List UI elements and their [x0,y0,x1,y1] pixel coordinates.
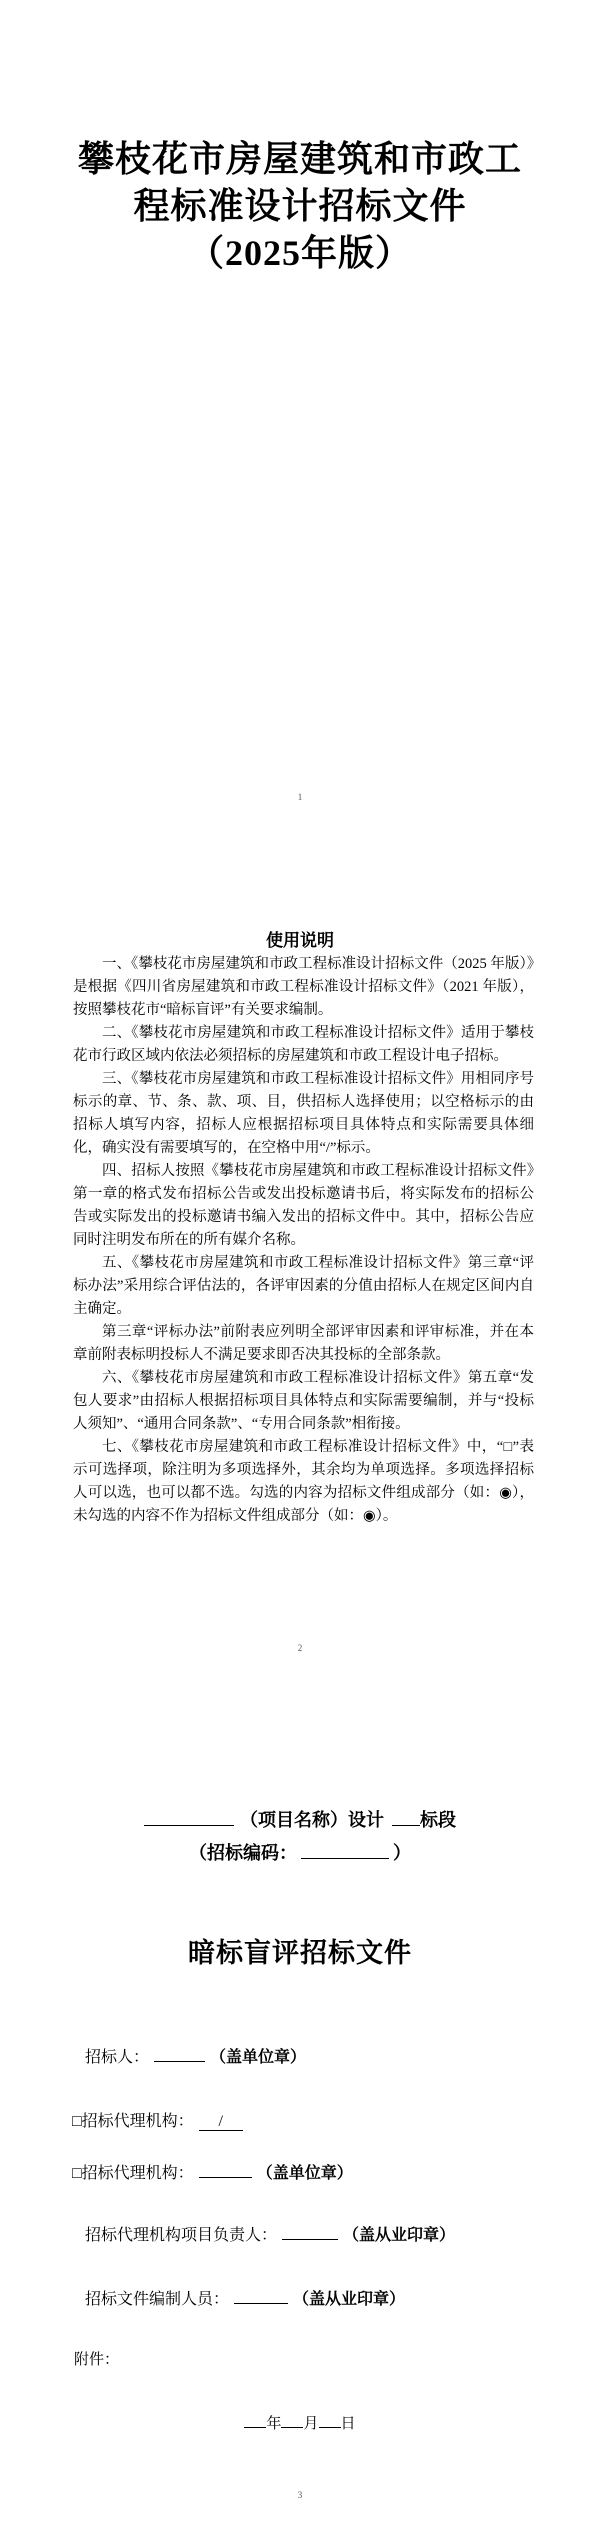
seal-note: （盖单位章） [257,2165,353,2182]
seal-note: （盖单位章） [210,2049,306,2066]
field-label: 招标文件编制人员： [85,2291,229,2308]
instructions-paragraph: 一、《攀枝花市房屋建筑和市政工程标准设计招标文件（2025 年版）》是根据《四川… [73,953,534,1022]
instructions-paragraph: 二、《攀枝花市房屋建筑和市政工程标准设计招标文件》适用于攀枝花市行政区域内依法必… [73,1022,534,1068]
form-row-document-compiler: 招标文件编制人员：（盖从业印章） [85,2286,405,2309]
form-row-tenderer: 招标人：（盖单位章） [85,2044,306,2067]
instructions-heading: 使用说明 [0,926,600,951]
field-blank [154,2045,205,2062]
month-blank [281,2412,303,2428]
document-title-line2: 程标准设计招标文件 [0,183,600,230]
month-label: 月 [303,2416,318,2432]
instructions-paragraph: 三、《攀枝花市房屋建筑和市政工程标准设计招标文件》用相同序号标示的章、节、条、款… [73,1068,534,1160]
form-row-agency-2: □招标代理机构：（盖单位章） [72,2160,353,2183]
field-label: 招标人： [85,2049,149,2066]
day-blank [319,2412,341,2428]
instructions-body: 一、《攀枝花市房屋建筑和市政工程标准设计招标文件（2025 年版）》是根据《四川… [73,953,534,1528]
seal-note: （盖从业印章） [293,2291,405,2308]
field-blank [234,2287,288,2304]
date-line: 年月日 [0,2412,600,2433]
year-label: 年 [266,2416,281,2432]
section-suffix-label: 标段 [420,1810,456,1830]
document-title-line1: 攀枝花市房屋建筑和市政工 [0,136,600,183]
field-label: 招标代理机构： [82,2165,194,2182]
year-blank [244,2412,266,2428]
seal-note: （盖从业印章） [343,2227,455,2244]
field-blank [199,2161,252,2178]
field-blank [282,2223,338,2240]
checkbox-icon: □ [72,2113,82,2130]
document-title-line3: （2025年版） [0,230,600,277]
instructions-paragraph: 五、《攀枝花市房屋建筑和市政工程标准设计招标文件》第三章“评标办法”采用综合评估… [73,1252,534,1321]
form-row-agency-1: □招标代理机构：/ [72,2108,248,2131]
bid-code-blank [301,1840,389,1859]
page-number-1: 1 [0,792,600,802]
attachment-label: 附件： [74,2348,119,2369]
project-name-line: （项目名称）设计标段 [0,1806,600,1832]
blind-bid-title: 暗标盲评招标文件 [0,1931,600,1970]
instructions-paragraph: 第三章“评标办法”前附表应列明全部评审因素和评审标准，并在本章前附表标明投标人不… [73,1321,534,1367]
field-label: 招标代理机构： [82,2113,194,2130]
bid-code-suffix: ） [393,1843,411,1863]
instructions-paragraph: 六、《攀枝花市房屋建筑和市政工程标准设计招标文件》第五章“发包人要求”由招标人根… [73,1367,534,1436]
document-title: 攀枝花市房屋建筑和市政工 程标准设计招标文件 （2025年版） [0,136,600,277]
field-blank: / [199,2114,243,2131]
page-number-3: 3 [0,2490,600,2500]
page-number-2: 2 [0,1643,600,1653]
bid-code-line: （招标编码：） [0,1839,600,1865]
instructions-paragraph: 四、招标人按照《攀枝花市房屋建筑和市政工程标准设计招标文件》第一章的格式发布招标… [73,1160,534,1252]
checkbox-icon: □ [72,2165,82,2182]
section-number-blank [392,1807,420,1826]
project-name-label: （项目名称）设计 [240,1810,384,1830]
form-row-agency-manager: 招标代理机构项目负责人：（盖从业印章） [85,2222,455,2245]
field-label: 招标代理机构项目负责人： [85,2227,277,2244]
project-name-blank [144,1807,234,1826]
document-page: 攀枝花市房屋建筑和市政工 程标准设计招标文件 （2025年版） 1 使用说明 一… [0,0,600,2546]
bid-code-prefix: （招标编码： [189,1843,297,1863]
instructions-paragraph: 七、《攀枝花市房屋建筑和市政工程标准设计招标文件》中，“□”表示可选择项，除注明… [73,1436,534,1528]
day-label: 日 [341,2416,356,2432]
